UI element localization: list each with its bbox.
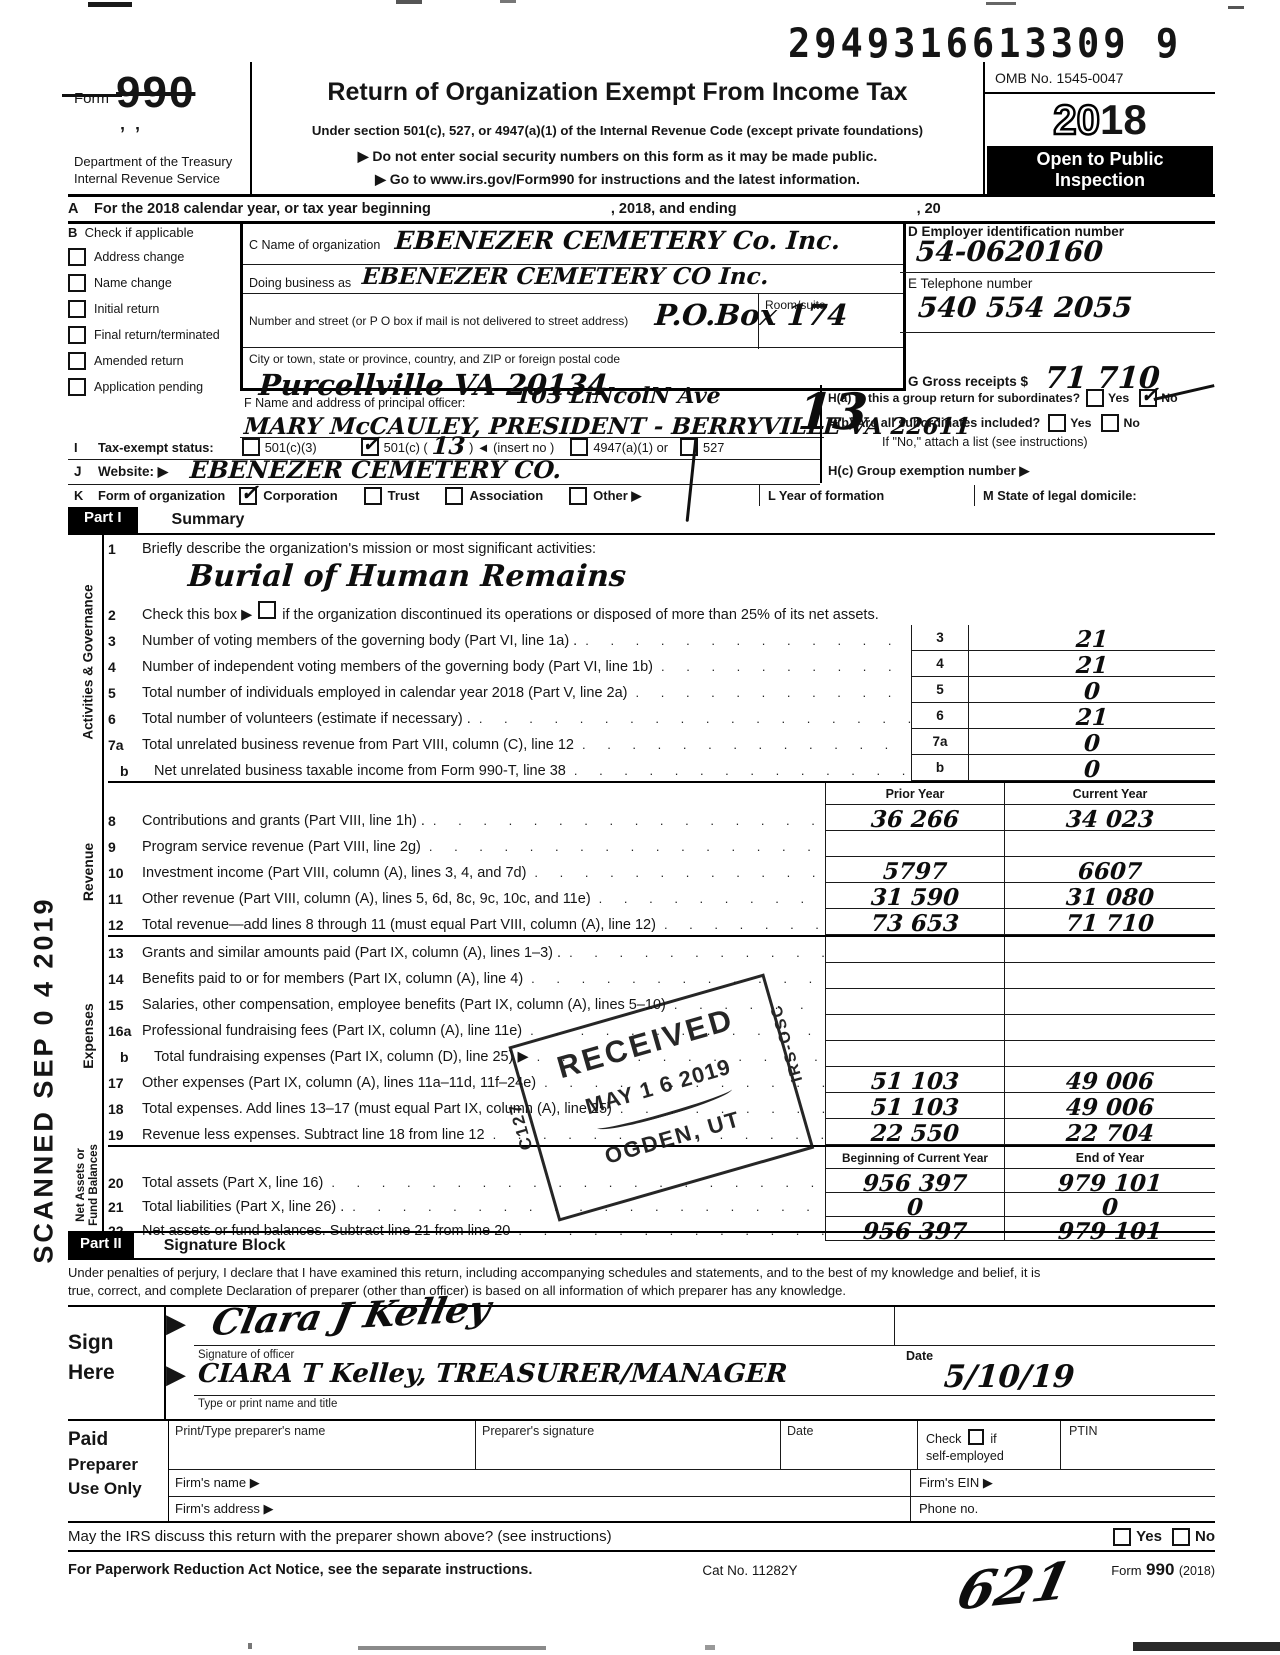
line-text: Grants and similar amounts paid (Part IX… [142,945,825,963]
summary-money-row: 15 Salaries, other compensation, employe… [108,989,1215,1015]
scan-artifact [88,2,132,7]
hb-row: H(b) Are all subordinates included? Yes … [822,411,1217,435]
handwritten-value: 0 [1083,680,1101,703]
phone-label: E Telephone number [908,276,1215,291]
if-word: if [990,1432,996,1446]
officer-address-line: 103 LiNcolN Ave [515,383,721,409]
line-number: 20 [108,1175,142,1193]
handwritten-value: 51 103 [870,1070,960,1093]
handwritten-value: 5797 [882,860,948,883]
handwritten-value: 51 103 [870,1096,960,1119]
summary-gov-row: 3 Number of voting members of the govern… [108,625,1215,651]
omb-year-block: OMB No. 1545-0047 2018 Open to Public In… [985,62,1215,194]
dot-leader: . . . . . . . . . . . . . . . . . . . . … [666,997,825,1012]
open-line2: Inspection [987,170,1213,191]
summary-net-row: 21 Total liabilities (Part X, line 26) .… [108,1193,1215,1217]
summary-money-row: 9 Program service revenue (Part VIII, li… [108,831,1215,857]
phone-cell: Phone no. [910,1497,1215,1521]
opt-501c3: 501(c)(3) [265,440,317,455]
handwritten-value: 22 550 [870,1122,960,1145]
sign-here-label: Sign Here [68,1307,166,1419]
part1-header-bar: Part I Summary [68,507,1215,535]
opt-527: 527 [703,440,724,455]
perjury-line2: true, correct, and complete Declaration … [68,1282,1215,1300]
line-number: 19 [108,1127,142,1145]
discuss-yes-checkbox [1113,1528,1131,1546]
hb-yes-checkbox [1048,414,1066,432]
preparer-word: Preparer [68,1455,168,1475]
checkbox-item: Amended return [68,348,240,374]
sidebar-revenue: Revenue [80,843,96,901]
line-number: 3 [108,633,142,651]
line-text: Number of voting members of the governin… [142,633,911,651]
prior-year-cell [825,1041,1004,1067]
summary-net-row: 20 Total assets (Part X, line 16) . . . … [108,1169,1215,1193]
mission-value: Burial of Human Remains [187,559,627,594]
form-990-scanned-page: 2949316613309 9 Form 990 ’ ’ Department … [0,0,1280,1655]
line-a-text: For the 2018 calendar year, or tax year … [94,201,431,217]
handwritten-value: 49 006 [1065,1096,1155,1119]
line-number: 6 [108,711,142,729]
self-employed-checkbox [968,1429,984,1445]
room-suite-label: Room/suite [765,298,826,312]
expenses-section: 13 Grants and similar amounts paid (Part… [108,935,1215,1145]
line-number: 10 [108,865,142,883]
line-number: b [108,763,154,781]
dot-leader: . . . . . . . . . . . . . . . . . . . . … [612,1101,825,1116]
summary-money-row: 17 Other expenses (Part IX, column (A), … [108,1067,1215,1093]
dot-leader: . . . . . . . . . . . . . . . . . . . . … [656,917,825,932]
money-header-row: Prior Year Current Year [108,783,1215,805]
typed-name-title: CIARA T Kelley, TREASURER/MANAGER [197,1359,788,1389]
line-a-letter: A [68,201,94,217]
ptin-cell: PTIN [1061,1421,1215,1469]
cb-4947 [570,438,588,456]
line2-pre: Check this box ▶ [142,607,252,623]
checkbox-item: Final return/terminated [68,322,240,348]
sidebar-net-line2: Fund Balances [88,1144,101,1226]
line-a-mid: , 2018, and ending [611,201,737,217]
sidebar-net-assets: Net Assets or Fund Balances [75,1144,101,1226]
title-block: Return of Organization Exempt From Incom… [252,62,985,194]
check-if-applicable-block: B Check if applicable Address change Nam… [68,225,240,400]
website-row: J Website: ▶ EBENEZER CEMETERY CO. [68,459,820,485]
perjury-statement: Under penalties of perjury, I declare th… [68,1260,1215,1299]
handwritten-value: 0 [1083,732,1101,755]
line-value-cell: 0 [969,677,1215,703]
line-number-box: 7a [911,729,969,755]
checkbox-item: Address change [68,244,240,270]
footer-form-number: 990 [1146,1560,1174,1579]
org-name-label: C Name of organization [249,238,380,252]
line-number: 15 [108,997,142,1015]
handwritten-value: 0 [1101,1196,1119,1219]
sign-word: Sign [68,1331,164,1355]
line-number: 18 [108,1101,142,1119]
summary-money-row: 10 Investment income (Part VIII, column … [108,857,1215,883]
discuss-yes-label: Yes [1136,1528,1162,1545]
prior-year-cell [825,989,1004,1015]
line-number: 11 [108,891,142,909]
prior-year-cell [825,963,1004,989]
line-a: A For the 2018 calendar year, or tax yea… [68,196,1215,224]
preparer-name-cell: Print/Type preparer's name [169,1421,475,1469]
current-year-cell [1004,937,1215,963]
group-return-block: H(a) Is this a group return for subordin… [820,385,1217,483]
line-number-box: b [911,755,969,781]
dept-line1: Department of the Treasury [74,154,232,169]
scan-artifact [705,1645,715,1650]
sidebar-expenses: Expenses [80,1003,96,1068]
checkbox-label: Name change [94,276,172,290]
line-a-end: , 20 [917,201,941,217]
line-text: Investment income (Part VIII, column (A)… [142,865,825,883]
principal-officer-row: F Name and address of principal officer:… [240,385,824,438]
summary-gov-row: 7a Total unrelated business revenue from… [108,729,1215,755]
checkbox [68,352,86,370]
line-text: Other revenue (Part VIII, column (A), li… [142,891,825,909]
handwritten-margin-mark: 621 [952,1550,1077,1622]
summary-money-row: 11 Other revenue (Part VIII, column (A),… [108,883,1215,909]
line-text: Total number of individuals employed in … [142,685,911,703]
line-j-letter: J [68,464,98,479]
scan-artifact [1228,6,1244,9]
form-bullet1: ▶ Do not enter social security numbers o… [252,148,983,165]
ein-value: 54-0620160 [915,235,1104,268]
dot-leader: . . . . . . . . . . . . . . . . . . . . … [574,737,911,752]
sign-date-value: 5/10/19 [943,1359,1076,1395]
line-number: 7a [108,737,142,755]
handwritten-value: 0 [906,1196,924,1219]
mission-row: Burial of Human Remains [108,559,1215,601]
current-year-cell [1004,831,1215,857]
organization-type-row: K Form of organization Corporation Trust… [68,484,1215,507]
line-i-letter: I [68,440,98,455]
handwritten-value: 34 023 [1065,808,1155,831]
dot-leader: . . . . . . . . . . . . . . . . . . . . … [522,1023,825,1038]
checkbox [569,487,587,505]
ein-phone-block: D Employer identification number 54-0620… [900,221,1215,385]
line-number: 8 [108,813,142,831]
handwritten-value: 36 266 [870,808,960,831]
net-header-row: Beginning of Current Year End of Year [108,1147,1215,1169]
dot-leader: . . . . . . . . . . . . . . . . . . . . … [653,659,911,674]
arrow-icon: ▶ [166,1309,194,1338]
dot-leader: . . . . . . . . . . . . . . . . . . . . … [471,711,911,726]
scan-artifact [62,94,122,97]
tax-exempt-label: Tax-exempt status: [98,440,214,455]
summary-gov-row: 5 Total number of individuals employed i… [108,677,1215,703]
firm-name-cell: Firm's name ▶ [169,1470,910,1496]
dot-leader: . . . . . . . . . . . . . . . . . . . . … [628,685,912,700]
check-word: Check [926,1432,961,1446]
dot-leader: . . . . . . . . . . . . . . . . . . . . … [425,813,825,828]
footer-form-word: Form [1111,1563,1141,1578]
current-year-cell: 31 080 [1004,883,1215,909]
sidebar-activities-governance: Activities & Governance [81,584,96,739]
line-b-label: Check if applicable [85,225,194,240]
street-label: Number and street (or P O box if mail is… [249,314,628,328]
omb-number: OMB No. 1545-0047 [985,62,1215,94]
org-type-option: Corporation [239,487,337,505]
line1-num: 1 [108,541,142,559]
current-year-cell: 34 023 [1004,805,1215,831]
current-year-cell: 22 704 [1004,1119,1215,1145]
prior-year-cell: 5797 [825,857,1004,883]
summary-money-row: 13 Grants and similar amounts paid (Part… [108,937,1215,963]
part2-header-bar: Part II Signature Block [68,1231,1215,1260]
hb-yes-label: Yes [1070,416,1091,430]
summary-money-row: 8 Contributions and grants (Part VIII, l… [108,805,1215,831]
current-year-cell: 6607 [1004,857,1215,883]
part1-content: 1 Briefly describe the organization's mi… [102,535,1215,1241]
summary-money-row: b Total fundraising expenses (Part IX, c… [108,1041,1215,1067]
line-text: Total fundraising expenses (Part IX, col… [154,1049,825,1067]
line-value-cell: 21 [969,625,1215,651]
net-assets-section: Beginning of Current Year End of Year 20… [108,1145,1215,1241]
revenue-section: Prior Year Current Year 8 Contributions … [108,781,1215,935]
line-number-box: 3 [911,625,969,651]
summary-money-row: 16a Professional fundraising fees (Part … [108,1015,1215,1041]
self-employed-cell: Check if self-employed [917,1421,1061,1469]
handwritten-13: 13 [796,382,870,441]
preparer-date-cell: Date [780,1421,917,1469]
line-text: Program service revenue (Part VIII, line… [142,839,825,857]
hb-note: If "No," attach a list (see instructions… [822,435,1217,457]
end-year-cell: 0 [1004,1193,1215,1217]
here-word: Here [68,1361,164,1385]
city-label: City or town, state or province, country… [249,352,620,366]
checkbox [68,326,86,344]
barcode-digits: 2949316613309 9 [788,20,1182,66]
prior-year-cell [825,937,1004,963]
part2-title: Signature Block [164,1237,286,1255]
sign-block: Sign Here ▶ ▶ Clara J Kelley Signature o… [68,1305,1215,1421]
line-value-cell: 21 [969,703,1215,729]
checkbox [68,300,86,318]
firm-ein-cell: Firm's EIN ▶ [910,1470,1215,1496]
phone-value: 540 554 2055 [917,291,1134,324]
line-value-cell: 21 [969,651,1215,677]
year-of-formation-label: L Year of formation [759,485,974,506]
opt-501c-post: ) ◄ (insert no ) [469,440,554,455]
line-k-letter: K [68,488,98,503]
line-text: Total revenue—add lines 8 through 11 (mu… [142,917,825,935]
organization-block: C Name of organization EBENEZER CEMETERY… [240,221,906,391]
handwritten-value: 31 080 [1065,886,1155,909]
room-suite-cell: Room/suite [758,294,903,349]
form-word: Form [74,90,109,107]
line-text: Contributions and grants (Part VIII, lin… [142,813,825,831]
prior-year-cell: 73 653 [825,909,1004,935]
col-end-year: End of Year [1004,1147,1215,1169]
handwritten-value: 6607 [1077,860,1143,883]
line-text: Benefits paid to or for members (Part IX… [142,971,825,989]
line-b-letter: B [68,225,77,240]
scan-artifact [1133,1642,1280,1651]
handwritten-value: 0 [1083,758,1101,781]
handwritten-value: 21 [1075,706,1109,729]
line-text: Net unrelated business taxable income fr… [154,763,911,781]
preparer-block: Paid Preparer Use Only Print/Type prepar… [68,1421,1215,1523]
ha-yes-label: Yes [1108,391,1129,405]
ha-row: H(a) Is this a group return for subordin… [822,385,1217,411]
handwritten-value: 979 101 [1057,1172,1163,1195]
footer-form-year: (2018) [1179,1564,1215,1578]
dot-leader: . . . . . . . . . . . . . . . . . . . . … [344,1199,825,1214]
part1-section: Part I Summary 1 Briefly describe the or… [68,507,1215,1241]
form-number-block: Form 990 ’ ’ Department of the Treasury … [68,62,252,194]
line-text: Total assets (Part X, line 16) . . . . .… [142,1175,825,1193]
line-number: 17 [108,1075,142,1093]
discuss-no-label: No [1195,1528,1215,1545]
beginning-year-cell: 0 [825,1193,1004,1217]
scan-artifact [986,2,1016,5]
checkbox [364,487,382,505]
discuss-row: May the IRS discuss this return with the… [68,1523,1215,1552]
line2-num: 2 [108,607,142,625]
summary-gov-row: 4 Number of independent voting members o… [108,651,1215,677]
website-label: Website: ▶ [98,464,168,480]
cb-501c3 [242,438,260,456]
line2-text: Check this box ▶ if the organization dis… [142,601,1215,625]
sign-arrows: ▶ ▶ [166,1307,194,1419]
line-text: Professional fundraising fees (Part IX, … [142,1023,825,1041]
typed-caption: Type or print name and title [198,1398,337,1410]
year-outline: 20 [1053,96,1100,143]
arrow-icon: ▶ [166,1360,194,1389]
line-number-box: 6 [911,703,969,729]
governance-lines: 3 Number of voting members of the govern… [108,625,1215,781]
line-number: 14 [108,971,142,989]
part1-chip: Part I [68,507,138,533]
dot-leader: . . . . . . . . . . . . . . . . . . . . … [526,865,825,880]
revenue-lines: 8 Contributions and grants (Part VIII, l… [108,805,1215,935]
scan-artifact [248,1643,252,1649]
discontinued-checkbox [258,601,276,619]
current-year-cell: 71 710 [1004,909,1215,935]
summary-money-row: 18 Total expenses. Add lines 13–17 (must… [108,1093,1215,1119]
handwritten-value: 21 [1075,628,1109,651]
line-value-cell: 0 [969,755,1215,781]
scan-artifact [358,1646,546,1650]
checkbox-label: Application pending [94,380,203,394]
dba-value: EBENEZER CEMETERY CO Inc. [361,263,770,290]
dot-leader: . . . . . . . . . . . . . . . . . . . . … [485,1127,825,1142]
opt-4947: 4947(a)(1) or [593,440,668,455]
checkbox-item: Initial return [68,296,240,322]
prior-year-cell: 22 550 [825,1119,1004,1145]
org-type-label: Form of organization [98,488,225,503]
scan-artifact: ’ ’ [120,124,140,145]
handwritten-value: 49 006 [1065,1070,1155,1093]
checkbox [445,487,463,505]
prior-year-cell [825,831,1004,857]
line-text: Total liabilities (Part X, line 26) . . … [142,1199,825,1217]
summary-money-row: 14 Benefits paid to or for members (Part… [108,963,1215,989]
hb-no-checkbox [1101,414,1119,432]
open-line1: Open to Public [987,149,1213,170]
line-text: Total number of volunteers (estimate if … [142,711,911,729]
checkbox-item: Application pending [68,374,240,400]
dot-leader: . . . . . . . . . . . . . . . . . . . . … [536,1075,825,1090]
line2-post: if the organization discontinued its ope… [282,607,878,623]
preparer-signature-cell: Preparer's signature [475,1421,780,1469]
prior-year-cell: 51 103 [825,1067,1004,1093]
handwritten-value: 22 704 [1065,1122,1155,1145]
checkbox [68,248,86,266]
handwritten-value: 956 397 [862,1172,968,1195]
checkbox-label: Initial return [94,302,159,316]
perjury-line1: Under penalties of perjury, I declare th… [68,1264,1215,1282]
col-prior-year: Prior Year [825,783,1004,805]
part2-chip: Part II [68,1233,134,1258]
line-text: Total unrelated business revenue from Pa… [142,737,911,755]
form-number: 990 [116,68,195,118]
dot-leader: . . . . . . . . . . . . . . . . . . . . … [421,839,825,854]
year-bold: 18 [1100,96,1147,143]
paid-word: Paid [68,1429,168,1451]
current-year-cell [1004,1015,1215,1041]
org-type-option: Other ▶ [569,487,641,505]
current-year-cell: 49 006 [1004,1093,1215,1119]
line-number-box: 4 [911,651,969,677]
line-text: Other expenses (Part IX, column (A), lin… [142,1075,825,1093]
form-title: Return of Organization Exempt From Incom… [252,78,983,107]
cb-501c [361,438,379,456]
dot-leader: . . . . . . . . . . . . . . . . . . . . … [561,945,825,960]
org-type-option: Association [445,487,543,505]
line-text: Revenue less expenses. Subtract line 18 … [142,1127,825,1145]
dot-leader: . . . . . . . . . . . . . . . . . . . . … [577,633,911,648]
use-only-word: Use Only [68,1479,168,1499]
current-year-cell [1004,989,1215,1015]
cat-number: Cat No. 11282Y [702,1563,797,1578]
org-name-value: EBENEZER CEMETERY Co. Inc. [394,226,841,255]
line1-row: 1 Briefly describe the organization's mi… [108,535,1215,559]
line-value-cell: 0 [969,729,1215,755]
handwritten-value: 21 [1075,654,1109,677]
checkbox [239,487,257,505]
summary-money-row: 19 Revenue less expenses. Subtract line … [108,1119,1215,1145]
dot-leader: . . . . . . . . . . . . . . . . . . . . … [529,1049,825,1064]
prior-year-cell [825,1015,1004,1041]
current-year-cell [1004,963,1215,989]
open-to-public-box: Open to Public Inspection [987,146,1213,196]
discuss-text: May the IRS discuss this return with the… [68,1528,612,1545]
checkbox [68,378,86,396]
line-number-box: 5 [911,677,969,703]
end-year-cell: 979 101 [1004,1169,1215,1193]
summary-gov-row: b Net unrelated business taxable income … [108,755,1215,781]
beginning-year-cell: 956 397 [825,1169,1004,1193]
sign-date-label: Date [906,1349,933,1363]
dot-leader: . . . . . . . . . . . . . . . . . . . . … [523,971,825,986]
scanned-date-stamp: SCANNED SEP 0 4 2019 [29,896,60,1263]
dot-leader: . . . . . . . . . . . . . . . . . . . . … [591,891,825,906]
handwritten-value: 31 590 [870,886,960,909]
principal-officer-label: F Name and address of principal officer: [244,396,465,410]
checkbox-label: Final return/terminated [94,328,220,342]
dba-label: Doing business as [249,276,351,290]
form-header: Form 990 ’ ’ Department of the Treasury … [68,62,1215,197]
line-text: Total expenses. Add lines 13–17 (must eq… [142,1101,825,1119]
self-employed-word: self-employed [926,1449,1060,1463]
paperwork-notice: For Paperwork Reduction Act Notice, see … [68,1562,532,1578]
line2-row: 2 Check this box ▶ if the organization d… [108,601,1215,625]
handwritten-value: 71 710 [1065,912,1155,935]
opt-501c-pre: 501(c) ( [384,440,428,455]
